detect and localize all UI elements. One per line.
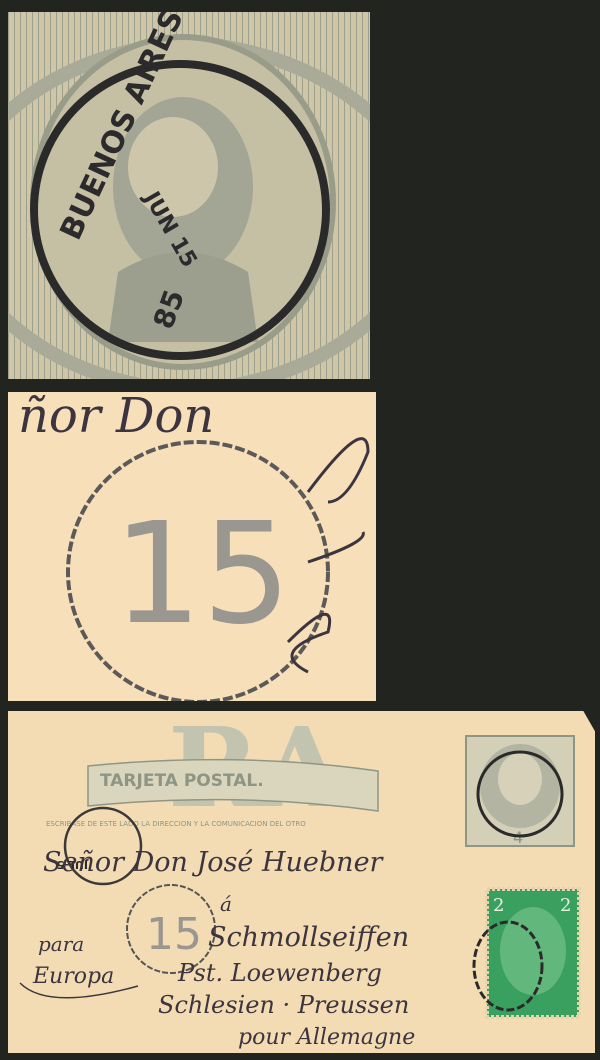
address-line-2: á [220, 892, 232, 916]
address-line-4: Pst. Loewenberg [177, 959, 382, 987]
address-line-6: pour Allemagne [238, 1025, 415, 1050]
side-note-2: Europa [32, 964, 114, 989]
svg-text:2: 2 [560, 895, 571, 916]
script-fragment: ñor Don [18, 392, 214, 444]
instruction-line: ESCRIBASE DE ESTE LADO LA DIRECCION Y LA… [46, 820, 306, 828]
side-note-1: para [38, 932, 84, 956]
svg-text:2: 2 [493, 895, 504, 916]
address-line-5: Schlesien · Preussen [158, 991, 409, 1019]
address-line-3: Schmollseiffen [208, 922, 409, 953]
detail-15-mark-panel: 15 ñor Don [8, 392, 376, 701]
indicium-enlarged: BUENOS AIRES JUN 15 85 [8, 12, 370, 379]
detail-indicium-panel: BUENOS AIRES JUN 15 85 [8, 12, 370, 379]
added-stamp: 2 2 [474, 889, 579, 1017]
postal-card-drawing: RA TARJETA POSTAL. ESCRIBASE DE ESTE LAD… [8, 711, 595, 1053]
transit-mark-enlarged: 15 ñor Don [8, 392, 376, 701]
svg-text:4: 4 [513, 828, 523, 847]
svg-text:15: 15 [146, 909, 202, 960]
address-line-1: Señor Don José Huebner [43, 847, 385, 878]
transit-mark-number: 15 [113, 493, 291, 656]
indicium: 4 [466, 736, 574, 847]
postal-card: RA TARJETA POSTAL. ESCRIBASE DE ESTE LAD… [8, 711, 595, 1053]
card-title: TARJETA POSTAL. [100, 771, 264, 791]
